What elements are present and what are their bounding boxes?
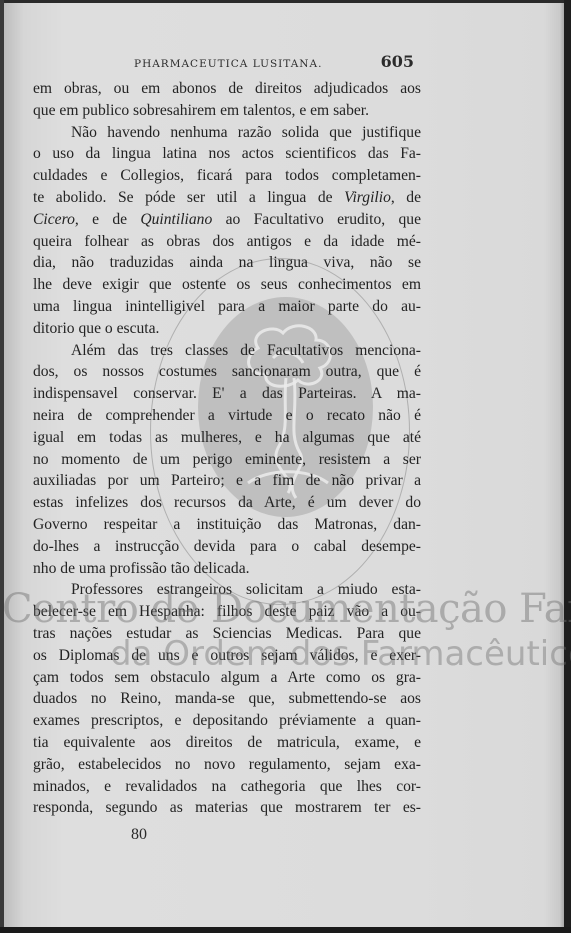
- text-line: do-lhes a instrucção devida para o cabal…: [33, 536, 421, 558]
- text-line: minados, e revalidados na cathegoria que…: [33, 776, 421, 798]
- scan-edge-right: [564, 0, 571, 933]
- scan-edge-bottom: [0, 927, 571, 933]
- text-line-with-italic: Cicero, e de Quintiliano ao Facultativo …: [33, 209, 421, 231]
- text-line: culdades e Collegios, ficará para todos …: [33, 165, 421, 187]
- text-line: dia, não traduzidas ainda na lingua viva…: [33, 252, 421, 274]
- text-line: indispensavel conservar. E' a das Partei…: [33, 383, 421, 405]
- text-line: Não havendo nenhuma razão solida que jus…: [33, 122, 421, 144]
- text-line: Além das tres classes de Facultativos me…: [33, 340, 421, 362]
- text-line-with-italic: te abolido. Se póde ser util a lingua de…: [33, 187, 421, 209]
- text-line: que em publico sobresahirem em talentos,…: [33, 100, 421, 122]
- watermark-text-line1: Centro de Documentação Farmacêutica: [2, 586, 571, 632]
- page-body: em obras, ou em abonos de direitos adjud…: [33, 78, 421, 819]
- signature-mark: 80: [131, 826, 147, 844]
- text-line: igual em todas as mulheres, e ha algumas…: [33, 427, 421, 449]
- text-line: grão, estabelecidos no novo regulamento,…: [33, 754, 421, 776]
- watermark-text-line2: da Ordem dos Farmacêuticos: [110, 634, 571, 674]
- text-line: dos, os nossos costumes sancionaram outr…: [33, 361, 421, 383]
- text-fragment: , de: [391, 189, 421, 206]
- italic-name-cicero: Cicero: [33, 211, 75, 228]
- text-fragment: ao Facultativo erudito, que: [212, 211, 421, 228]
- text-line: Governo respeitar a instituição das Matr…: [33, 514, 421, 536]
- text-line: lhe deve exigir que ostente os seus conh…: [33, 274, 421, 296]
- text-fragment: te abolido. Se póde ser util a lingua de: [33, 189, 344, 206]
- text-line: ditorio que o escuta.: [33, 318, 421, 340]
- text-line: o uso da lingua latina nos actos scienti…: [33, 143, 421, 165]
- text-line: tia equivalente aos direitos de matricul…: [33, 732, 421, 754]
- text-line: queira folhear as obras dos antigos e da…: [33, 231, 421, 253]
- text-fragment: , e de: [75, 211, 140, 228]
- text-line: auxiliadas por um Parteiro; e a fim de n…: [33, 470, 421, 492]
- text-line: no momento de um perigo eminente, resist…: [33, 449, 421, 471]
- text-line: nho de uma profissão tão delicada.: [33, 558, 421, 580]
- text-line: responda, segundo as materias que mostra…: [33, 797, 421, 819]
- text-line: em obras, ou em abonos de direitos adjud…: [33, 78, 421, 100]
- text-line: uma lingua inintelligivel para a maior p…: [33, 296, 421, 318]
- page-number: 605: [381, 52, 414, 71]
- text-line: duados no Reino, manda-se que, submetten…: [33, 688, 421, 710]
- running-header: PHARMACEUTICA LUSITANA. 605: [134, 54, 414, 74]
- text-line: estas infelizes dos recursos da Arte, é …: [33, 492, 421, 514]
- running-title: PHARMACEUTICA LUSITANA.: [134, 58, 322, 70]
- text-line: neira de comprehender a virtude e o reca…: [33, 405, 421, 427]
- text-line: exames prescriptos, e depositando prévia…: [33, 710, 421, 732]
- italic-name-quintiliano: Quintiliano: [140, 211, 212, 228]
- italic-name-virgilio: Virgilio: [344, 189, 391, 206]
